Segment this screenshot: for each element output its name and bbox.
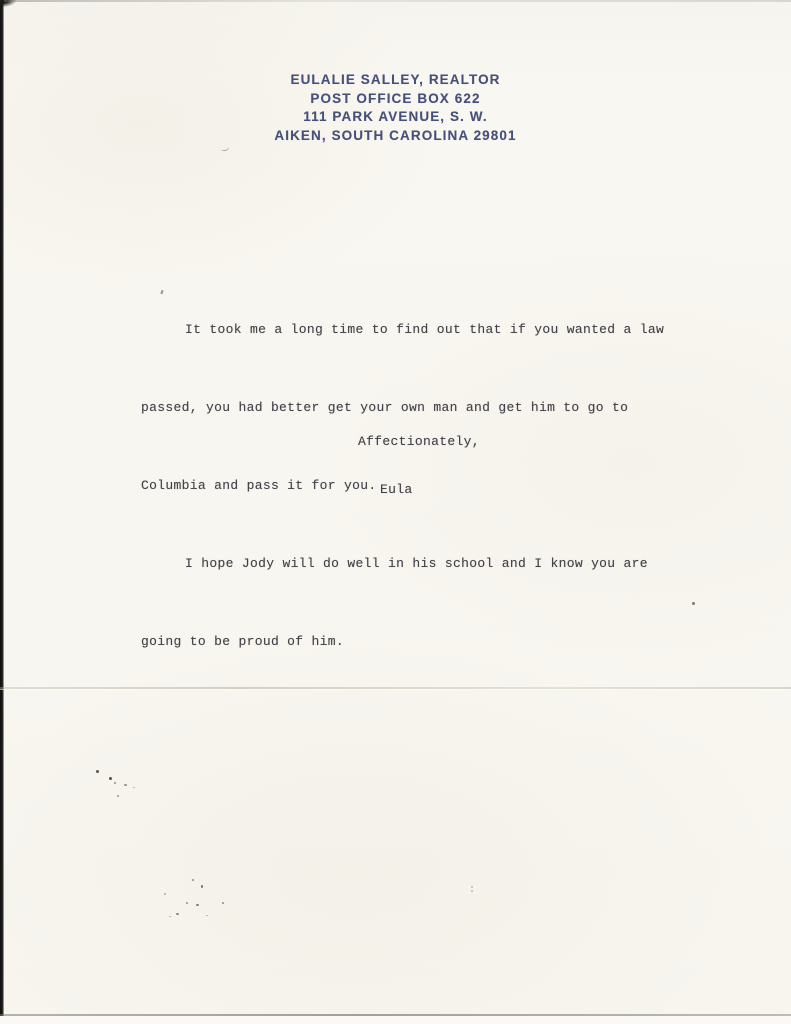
letterhead-po-box: POST OFFICE BOX 622	[0, 90, 791, 109]
scan-edge-top	[4, 0, 791, 2]
ink-speck	[192, 879, 194, 881]
ink-speck	[196, 904, 199, 906]
paper-fold-line	[0, 687, 791, 689]
scan-bottom-strip	[0, 1016, 791, 1024]
body-line: It took me a long time to find out that …	[141, 317, 664, 343]
body-line: I hope Jody will do well in his school a…	[141, 551, 664, 577]
body-line: going to be proud of him.	[141, 629, 664, 655]
ink-speck	[186, 902, 188, 904]
letterhead-name: EULALIE SALLEY, REALTOR	[0, 71, 791, 90]
signature-name: Eula	[380, 477, 413, 503]
ink-speck	[109, 777, 112, 780]
ink-speck	[471, 886, 473, 888]
body-line: passed, you had better get your own man …	[141, 395, 664, 421]
ink-speck	[692, 602, 695, 605]
letterhead-city: AIKEN, SOUTH CAROLINA 29801	[0, 127, 791, 146]
ink-speck	[114, 782, 116, 784]
letterhead-street: 111 PARK AVENUE, S. W.	[0, 108, 791, 127]
ink-speck	[124, 784, 127, 786]
closing-line: Affectionately,	[358, 429, 480, 455]
ink-speck	[176, 913, 179, 915]
ink-speck	[164, 893, 166, 895]
scan-edge-left	[0, 0, 4, 1024]
ink-speck	[471, 890, 473, 892]
letter-body: It took me a long time to find out that …	[141, 265, 664, 681]
ink-speck	[117, 795, 119, 797]
ink-speck	[222, 902, 224, 904]
ink-speck	[96, 770, 99, 773]
letterhead: EULALIE SALLEY, REALTOR POST OFFICE BOX …	[0, 71, 791, 145]
